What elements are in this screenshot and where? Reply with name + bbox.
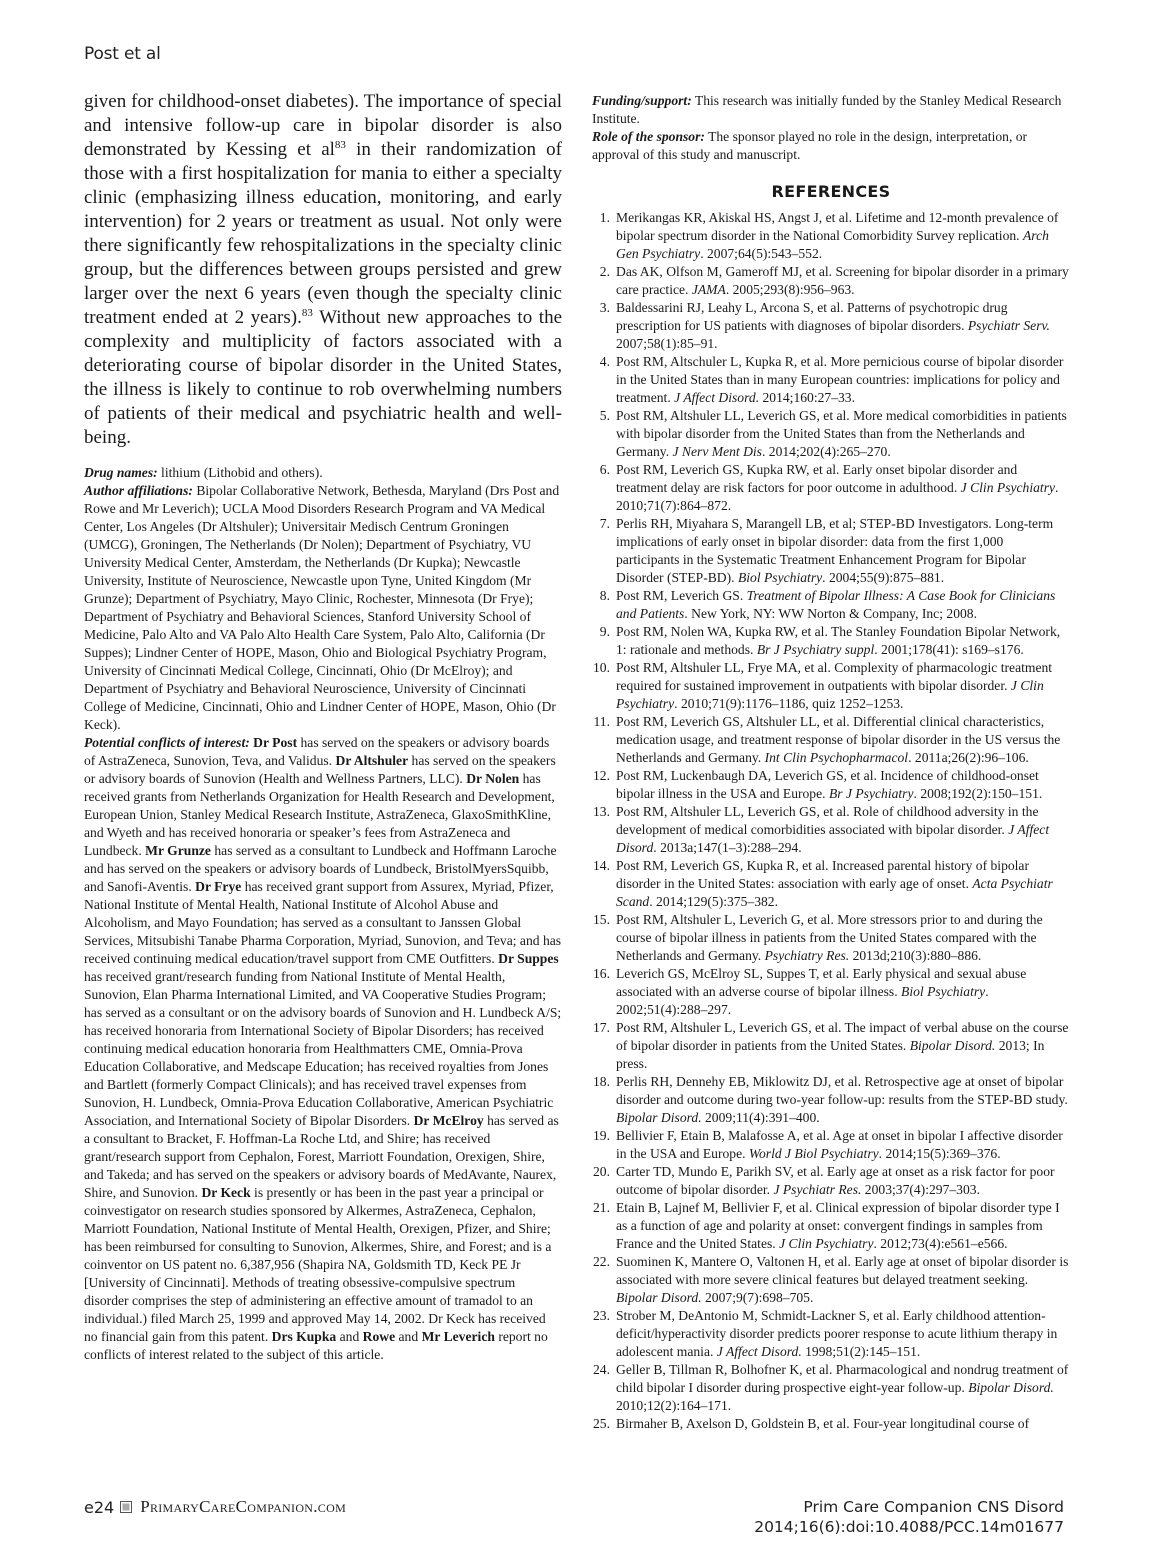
reference-citation: . 2010;71(9):1176–1186, quiz 1252–1253. — [674, 696, 903, 711]
reference-number: 16. — [592, 965, 610, 983]
note-label: Author affiliations: — [84, 483, 193, 498]
reference-citation: . 2005;293(8):956–963. — [726, 282, 855, 297]
reference-number: 3. — [592, 299, 610, 317]
reference-journal: World J Biol Psychiatry — [749, 1146, 879, 1161]
reference-journal: Biol Psychiatry — [738, 570, 822, 585]
reference-number: 19. — [592, 1127, 610, 1145]
reference-number: 18. — [592, 1073, 610, 1091]
footer-citation: Prim Care Companion CNS Disord 2014;16(6… — [754, 1497, 1064, 1537]
reference-citation: . 2012;73(4):e561–e566. — [873, 1236, 1007, 1251]
reference-number: 14. — [592, 857, 610, 875]
reference-text: Perlis RH, Dennehy EB, Miklowitz DJ, et … — [616, 1074, 1068, 1107]
note-text: lithium (Lithobid and others). — [158, 465, 323, 480]
reference-journal: Biol Psychiatry — [901, 984, 985, 999]
reference-journal: J Affect Disord. — [674, 390, 759, 405]
left-column: given for childhood-onset diabetes). The… — [84, 90, 562, 1364]
reference-number: 24. — [592, 1361, 610, 1379]
reference-number: 5. — [592, 407, 610, 425]
reference-number: 25. — [592, 1415, 610, 1433]
reference-number: 7. — [592, 515, 610, 533]
author-name: Dr McElroy — [414, 1113, 484, 1128]
reference-text: Post RM, Leverich GS, Kupka RW, et al. E… — [616, 462, 1017, 495]
reference-number: 8. — [592, 587, 610, 605]
reference-text: Birmaher B, Axelson D, Goldstein B, et a… — [616, 1416, 1029, 1431]
reference-item: 13.Post RM, Altshuler LL, Leverich GS, e… — [592, 803, 1070, 857]
reference-text: Baldessarini RJ, Leahy L, Arcona S, et a… — [616, 300, 1008, 333]
funding-notes: Funding/support: This research was initi… — [592, 92, 1070, 164]
references-heading: REFERENCES — [592, 182, 1070, 201]
reference-citation: 2013d;210(3):880–886. — [849, 948, 981, 963]
reference-citation: . 2011a;26(2):96–106. — [908, 750, 1029, 765]
reference-journal: Br J Psychiatry suppl — [757, 642, 874, 657]
author-name: Mr Grunze — [145, 843, 211, 858]
reference-journal: Br J Psychiatry — [829, 786, 914, 801]
reference-journal: JAMA — [692, 282, 726, 297]
reference-citation: 2010;12(2):164–171. — [616, 1398, 731, 1413]
author-name: Drs Kupka — [272, 1329, 337, 1344]
drug-names-note: Drug names: lithium (Lithobid and others… — [84, 464, 562, 482]
reference-citation: . New York, NY: WW Norton & Company, Inc… — [684, 606, 977, 621]
reference-citation: . 2014;15(5):369–376. — [879, 1146, 1001, 1161]
author-affiliations-note: Author affiliations: Bipolar Collaborati… — [84, 482, 562, 734]
author-name: Dr Frye — [195, 879, 241, 894]
note-text: and — [336, 1329, 362, 1344]
reference-number: 6. — [592, 461, 610, 479]
reference-item: 5.Post RM, Altshuler LL, Leverich GS, et… — [592, 407, 1070, 461]
author-name: Mr Leverich — [422, 1329, 495, 1344]
reference-journal: Bipolar Disord. — [616, 1110, 702, 1125]
reference-item: 1.Merikangas KR, Akiskal HS, Angst J, et… — [592, 209, 1070, 263]
reference-item: 24.Geller B, Tillman R, Bolhofner K, et … — [592, 1361, 1070, 1415]
author-name: Dr Post — [253, 735, 297, 750]
reference-item: 3.Baldessarini RJ, Leahy L, Arcona S, et… — [592, 299, 1070, 353]
reference-text: Post RM, Altshuler LL, Leverich GS, et a… — [616, 804, 1038, 837]
reference-journal: Bipolar Disord. — [616, 1290, 702, 1305]
reference-item: 22.Suominen K, Mantere O, Valtonen H, et… — [592, 1253, 1070, 1307]
reference-citation: . 2014;202(4):265–270. — [762, 444, 891, 459]
reference-item: 6.Post RM, Leverich GS, Kupka RW, et al.… — [592, 461, 1070, 515]
reference-citation: . 2008;192(2):150–151. — [914, 786, 1043, 801]
body-text-part: Without new approaches to the complexity… — [84, 307, 562, 448]
reference-number: 20. — [592, 1163, 610, 1181]
reference-number: 4. — [592, 353, 610, 371]
author-name: Dr Keck — [201, 1185, 250, 1200]
reference-item: 14.Post RM, Leverich GS, Kupka R, et al.… — [592, 857, 1070, 911]
article-notes: Drug names: lithium (Lithobid and others… — [84, 464, 562, 1364]
reference-journal: Bipolar Disord. — [910, 1038, 996, 1053]
note-label: Funding/support: — [592, 93, 692, 108]
funding-support-note: Funding/support: This research was initi… — [592, 92, 1070, 128]
reference-number: 22. — [592, 1253, 610, 1271]
note-text: has received grant/research funding from… — [84, 969, 561, 1128]
reference-text: Post RM, Altshuler LL, Frye MA, et al. C… — [616, 660, 1052, 693]
reference-number: 17. — [592, 1019, 610, 1037]
reference-item: 11.Post RM, Leverich GS, Altshuler LL, e… — [592, 713, 1070, 767]
reference-number: 13. — [592, 803, 610, 821]
reference-citation: . 2004;55(9):875–881. — [822, 570, 944, 585]
site-link[interactable]: PrimaryCareCompanion.com — [140, 1497, 346, 1517]
citation-superscript[interactable]: 83 — [302, 307, 313, 319]
reference-journal: Psychiatr Serv. — [968, 318, 1050, 333]
reference-citation: . 2001;178(41): s169–s176. — [874, 642, 1024, 657]
reference-journal: Bipolar Disord. — [968, 1380, 1054, 1395]
reference-citation: 2007;9(7):698–705. — [702, 1290, 814, 1305]
doi-citation[interactable]: 2014;16(6):doi:10.4088/PCC.14m01677 — [754, 1517, 1064, 1537]
reference-number: 9. — [592, 623, 610, 641]
reference-item: 4.Post RM, Altschuler L, Kupka R, et al.… — [592, 353, 1070, 407]
reference-text: Post RM, Leverich GS, Kupka R, et al. In… — [616, 858, 1029, 891]
reference-item: 15.Post RM, Altshuler L, Leverich G, et … — [592, 911, 1070, 965]
author-name: Dr Suppes — [498, 951, 559, 966]
note-label: Drug names: — [84, 465, 158, 480]
reference-number: 12. — [592, 767, 610, 785]
reference-journal: J Nerv Ment Dis — [673, 444, 762, 459]
reference-item: 20.Carter TD, Mundo E, Parikh SV, et al.… — [592, 1163, 1070, 1199]
reference-journal: Int Clin Psychopharmacol — [765, 750, 908, 765]
reference-journal: J Clin Psychiatry — [779, 1236, 873, 1251]
square-bullet-icon — [120, 1501, 132, 1513]
reference-journal: Psychiatry Res. — [765, 948, 850, 963]
reference-text: Merikangas KR, Akiskal HS, Angst J, et a… — [616, 210, 1058, 243]
reference-item: 18.Perlis RH, Dennehy EB, Miklowitz DJ, … — [592, 1073, 1070, 1127]
reference-item: 16.Leverich GS, McElroy SL, Suppes T, et… — [592, 965, 1070, 1019]
reference-citation: 2009;11(4):391–400. — [702, 1110, 820, 1125]
running-head: Post et al — [84, 44, 161, 64]
reference-citation: . 2014;129(5):375–382. — [649, 894, 778, 909]
reference-item: 19.Bellivier F, Etain B, Malafosse A, et… — [592, 1127, 1070, 1163]
reference-number: 10. — [592, 659, 610, 677]
reference-item: 8.Post RM, Leverich GS. Treatment of Bip… — [592, 587, 1070, 623]
reference-number: 15. — [592, 911, 610, 929]
reference-item: 2.Das AK, Olfson M, Gameroff MJ, et al. … — [592, 263, 1070, 299]
reference-item: 23.Strober M, DeAntonio M, Schmidt-Lackn… — [592, 1307, 1070, 1361]
note-text: is presently or has been in the past yea… — [84, 1185, 551, 1344]
conflicts-of-interest-note: Potential conflicts of interest: Dr Post… — [84, 734, 562, 1364]
role-of-sponsor-note: Role of the sponsor: The sponsor played … — [592, 128, 1070, 164]
reference-item: 7.Perlis RH, Miyahara S, Marangell LB, e… — [592, 515, 1070, 587]
reference-citation: . 2013a;147(1–3):288–294. — [653, 840, 801, 855]
reference-citation: 2014;160:27–33. — [759, 390, 855, 405]
reference-citation: . 2007;64(5):543–552. — [700, 246, 822, 261]
body-text-part: in their randomization of those with a f… — [84, 139, 562, 328]
reference-item: 10.Post RM, Altshuler LL, Frye MA, et al… — [592, 659, 1070, 713]
journal-name: Prim Care Companion CNS Disord — [754, 1497, 1064, 1517]
reference-item: 9.Post RM, Nolen WA, Kupka RW, et al. Th… — [592, 623, 1070, 659]
reference-citation: 1998;51(2):145–151. — [802, 1344, 921, 1359]
author-name: Rowe — [363, 1329, 395, 1344]
citation-superscript[interactable]: 83 — [335, 139, 346, 151]
reference-list: 1.Merikangas KR, Akiskal HS, Angst J, et… — [592, 209, 1070, 1433]
right-column: Funding/support: This research was initi… — [592, 92, 1070, 1433]
author-name: Dr Nolen — [466, 771, 519, 786]
reference-item: 12.Post RM, Luckenbaugh DA, Leverich GS,… — [592, 767, 1070, 803]
reference-number: 2. — [592, 263, 610, 281]
note-label: Potential conflicts of interest: — [84, 735, 250, 750]
reference-text: Suominen K, Mantere O, Valtonen H, et al… — [616, 1254, 1068, 1287]
reference-journal: J Affect Disord. — [717, 1344, 802, 1359]
body-paragraph: given for childhood-onset diabetes). The… — [84, 90, 562, 450]
author-name: Dr Altshuler — [336, 753, 409, 768]
reference-citation: 2003;37(4):297–303. — [861, 1182, 980, 1197]
footer-left: e24 PrimaryCareCompanion.com — [84, 1497, 346, 1517]
reference-number: 21. — [592, 1199, 610, 1217]
note-label: Role of the sponsor: — [592, 129, 705, 144]
page-number: e24 — [84, 1498, 114, 1517]
reference-journal: J Clin Psychiatry — [961, 480, 1055, 495]
reference-journal: J Psychiatr Res. — [773, 1182, 861, 1197]
note-text: Bipolar Collaborative Network, Bethesda,… — [84, 483, 559, 732]
reference-item: 21.Etain B, Lajnef M, Bellivier F, et al… — [592, 1199, 1070, 1253]
reference-number: 23. — [592, 1307, 610, 1325]
reference-number: 1. — [592, 209, 610, 227]
note-text: and — [395, 1329, 421, 1344]
reference-citation: 2007;58(1):85–91. — [616, 336, 718, 351]
reference-text: Post RM, Leverich GS. — [616, 588, 747, 603]
reference-item: 25.Birmaher B, Axelson D, Goldstein B, e… — [592, 1415, 1070, 1433]
reference-number: 11. — [592, 713, 610, 731]
reference-item: 17.Post RM, Altshuler L, Leverich GS, et… — [592, 1019, 1070, 1073]
